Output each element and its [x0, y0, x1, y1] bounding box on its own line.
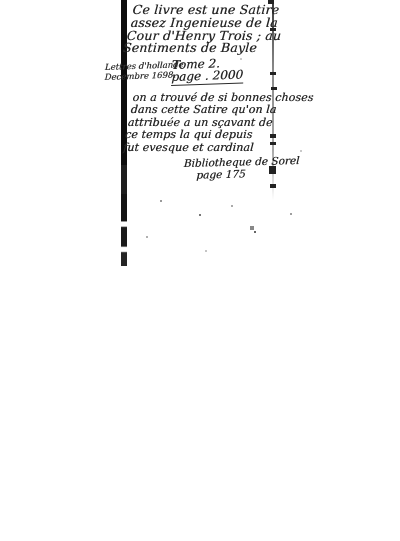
note-line: Sentiments de Bayle — [122, 42, 280, 55]
comment-paragraph: on a trouvé de si bonnes choses dans cet… — [122, 92, 314, 154]
attribution: Bibliotheque de Sorel page 175 — [183, 156, 300, 183]
scan-noise-specks — [0, 0, 2, 2]
comment-line: fut evesque et cardinal — [123, 142, 311, 154]
margin-tick — [270, 72, 276, 75]
margin-tick — [271, 87, 277, 90]
citation-page-ref: page . 2000 — [171, 68, 243, 86]
citation-reference: Tome 2. page . 2000 — [171, 57, 244, 84]
comment-line: dans cette Satire qu'on la — [130, 104, 313, 116]
scanned-manuscript-page: Ce livre est une Satire assez Ingenieuse… — [0, 0, 400, 541]
margin-tick — [270, 184, 276, 188]
note-paragraph: Ce livre est une Satire assez Ingenieuse… — [122, 4, 283, 55]
comment-line: ce temps la qui depuis — [125, 129, 312, 141]
attribution-page: page 175 — [196, 168, 299, 182]
